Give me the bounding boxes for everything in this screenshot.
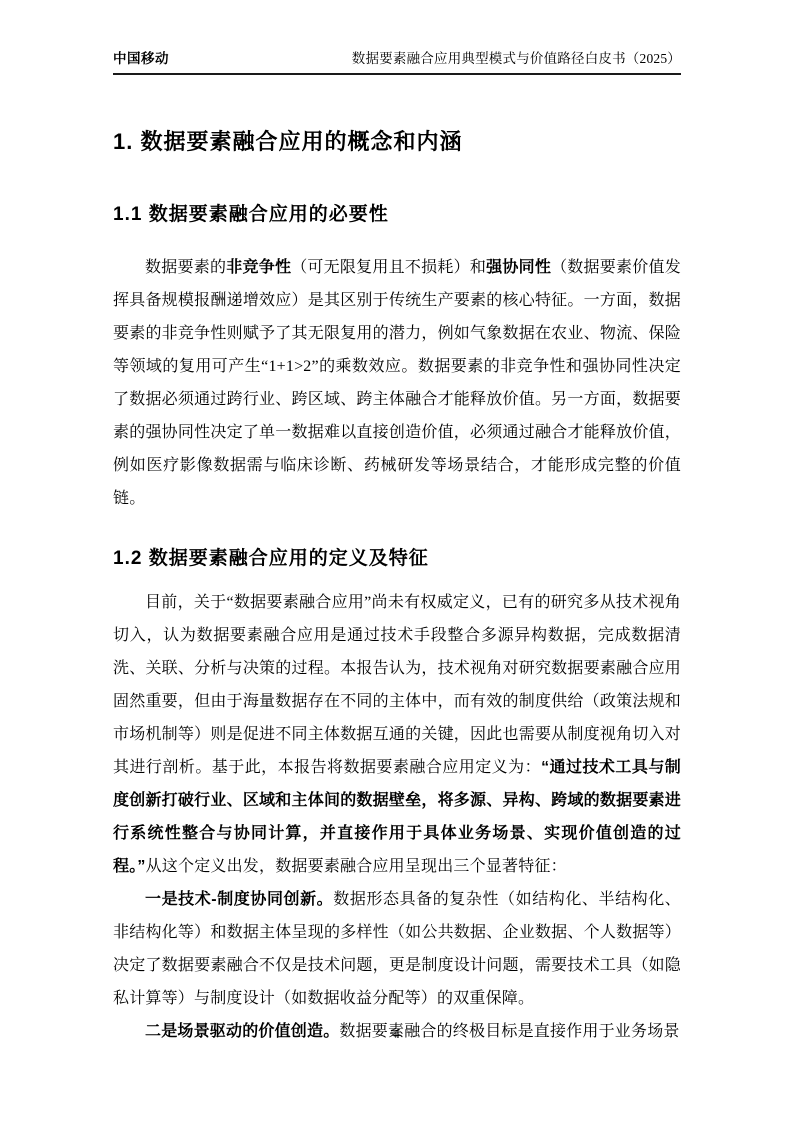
page-header: 中国移动 数据要素融合应用典型模式与价值路径白皮书（2025） xyxy=(113,50,681,75)
emphasis-run: 非竞争性 xyxy=(226,259,291,276)
text-run: 目前，关于“数据要素融合应用”尚未有权威定义，已有的研究多从技术视角切入，认为数… xyxy=(113,594,681,776)
emphasis-run: 一是技术-制度协同创新。 xyxy=(145,891,333,908)
emphasis-run: 强协同性 xyxy=(486,259,551,276)
text-run: 数据要素的 xyxy=(145,259,226,276)
text-run: （数据要素价值发挥具备规模报酬递增效应）是其区别于传统生产要素的核心特征。一方面… xyxy=(113,259,681,507)
page-body: 1. 数据要素融合应用的概念和内涵 1.1 数据要素融合应用的必要性数据要素的非… xyxy=(113,126,681,1048)
text-run: 从这个定义出发，数据要素融合应用呈现出三个显著特征： xyxy=(146,858,567,875)
body-paragraph: 一是技术-制度协同创新。数据形态具备的复杂性（如结构化、半结构化、非结构化等）和… xyxy=(113,883,681,1015)
chapter-title: 1. 数据要素融合应用的概念和内涵 xyxy=(113,126,681,158)
sections-container: 1.1 数据要素融合应用的必要性数据要素的非竞争性（可无限复用且不损耗）和强协同… xyxy=(113,200,681,1048)
document-page: 中国移动 数据要素融合应用典型模式与价值路径白皮书（2025） 1. 数据要素融… xyxy=(0,0,793,1122)
body-paragraph: 目前，关于“数据要素融合应用”尚未有权威定义，已有的研究多从技术视角切入，认为数… xyxy=(113,586,681,883)
text-run: （可无限复用且不损耗）和 xyxy=(291,259,486,276)
text-run: 数据形态具备的复杂性（如结构化、半结构化、非结构化等）和数据主体呈现的多样性（如… xyxy=(113,891,681,1007)
page-footer: 4 xyxy=(0,1026,793,1044)
header-organization: 中国移动 xyxy=(113,50,169,67)
header-document-title: 数据要素融合应用典型模式与价值路径白皮书（2025） xyxy=(352,50,681,67)
section-heading: 1.2 数据要素融合应用的定义及特征 xyxy=(113,544,681,574)
body-paragraph: 数据要素的非竞争性（可无限复用且不损耗）和强协同性（数据要素价值发挥具备规模报酬… xyxy=(113,251,681,515)
section-heading: 1.1 数据要素融合应用的必要性 xyxy=(113,200,681,230)
page-number: 4 xyxy=(393,1027,400,1042)
